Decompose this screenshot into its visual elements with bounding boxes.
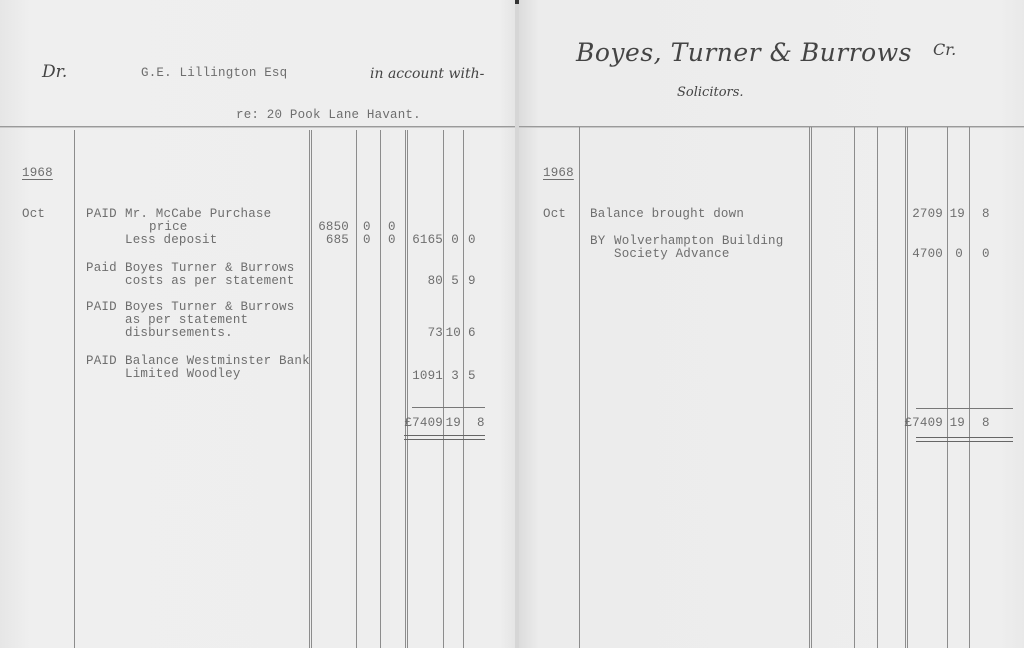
reverse-show-through	[272, 445, 412, 485]
pounds-rule-a	[405, 130, 406, 648]
entry-prefix: PAID	[86, 301, 117, 314]
year-label: 1968	[543, 167, 574, 180]
amount-shillings: 3	[443, 370, 459, 383]
in-account-with-label: in account with-	[370, 66, 484, 82]
inner-pounds-rule-a	[309, 130, 310, 648]
entry-line: costs as per statement	[125, 275, 294, 288]
amount-pounds: 4700	[907, 248, 943, 261]
header-rule	[0, 126, 516, 128]
property-reference: re: 20 Pook Lane Havant.	[236, 109, 421, 122]
entry-prefix: PAID	[86, 355, 117, 368]
entry-line: Less deposit	[125, 234, 217, 247]
month-label: Oct	[543, 208, 566, 221]
total-shillings: 19	[947, 417, 965, 430]
entry-prefix: PAID	[86, 208, 117, 221]
total-pence: 8	[477, 417, 485, 430]
ledger-page-debit: Dr. G.E. Lillington Esq in account with-…	[0, 0, 516, 648]
total-pounds: £7409	[398, 417, 443, 430]
shillings-rule	[443, 130, 444, 648]
amount-shillings: 10	[443, 327, 461, 340]
total-pounds: £7409	[897, 417, 943, 430]
pence-rule	[463, 130, 464, 648]
date-column-rule	[579, 127, 580, 648]
amount-shillings: 19	[947, 208, 965, 221]
client-name: G.E. Lillington Esq	[141, 67, 287, 80]
amount-pence: 0	[468, 234, 476, 247]
ledger-page-credit: Boyes, Turner & Burrows Solicitors. Cr. …	[519, 0, 1024, 648]
year-label: 1968	[22, 167, 53, 180]
dr-label: Dr.	[42, 62, 67, 82]
amount-shillings: 0	[443, 234, 459, 247]
entry-prefix: BY	[590, 235, 605, 248]
amount-pounds: 6165	[407, 234, 443, 247]
total-double-rule	[916, 437, 1013, 442]
firm-subtitle: Solicitors.	[677, 85, 744, 100]
inner-pence-rule	[877, 127, 878, 648]
inner-shillings: 0	[363, 234, 371, 247]
total-pence: 8	[982, 417, 990, 430]
amount-shillings: 5	[443, 275, 459, 288]
amount-pounds: 80	[407, 275, 443, 288]
pence-rule	[969, 127, 970, 648]
inner-pounds-rule-b	[811, 127, 812, 648]
inner-shillings-rule	[854, 127, 855, 648]
amount-pounds: 1091	[407, 370, 443, 383]
total-double-rule	[404, 435, 485, 440]
month-label: Oct	[22, 208, 45, 221]
inner-pounds-rule-a	[809, 127, 810, 648]
entry-line: Balance brought down	[590, 208, 744, 221]
subtotal-rule	[412, 407, 485, 408]
header-rule	[519, 126, 1024, 128]
inner-pounds-rule-b	[311, 130, 312, 648]
amount-pence: 5	[468, 370, 476, 383]
date-column-rule	[74, 130, 75, 648]
pounds-rule-b	[407, 130, 408, 648]
firm-name: Boyes, Turner & Burrows	[576, 38, 912, 67]
amount-pounds: 2709	[907, 208, 943, 221]
total-shillings: 19	[443, 417, 461, 430]
amount-shillings: 0	[947, 248, 963, 261]
pounds-rule-b	[907, 127, 908, 648]
shillings-rule	[947, 127, 948, 648]
amount-pence: 9	[468, 275, 476, 288]
pounds-rule-a	[905, 127, 906, 648]
entry-prefix: Paid	[86, 262, 117, 275]
inner-pounds: 685	[311, 234, 349, 247]
inner-shillings-rule	[356, 130, 357, 648]
amount-pence: 8	[982, 208, 990, 221]
subtotal-rule	[916, 408, 1013, 409]
entry-line: Mr. McCabe Purchase	[125, 208, 271, 221]
amount-pence: 0	[982, 248, 990, 261]
amount-pounds: 73	[407, 327, 443, 340]
cr-label: Cr.	[933, 40, 956, 59]
inner-pence-rule	[380, 130, 381, 648]
entry-line: Limited Woodley	[125, 368, 241, 381]
entry-line: Society Advance	[614, 248, 730, 261]
entry-line: disbursements.	[125, 327, 233, 340]
inner-pence: 0	[388, 234, 396, 247]
amount-pence: 6	[468, 327, 476, 340]
